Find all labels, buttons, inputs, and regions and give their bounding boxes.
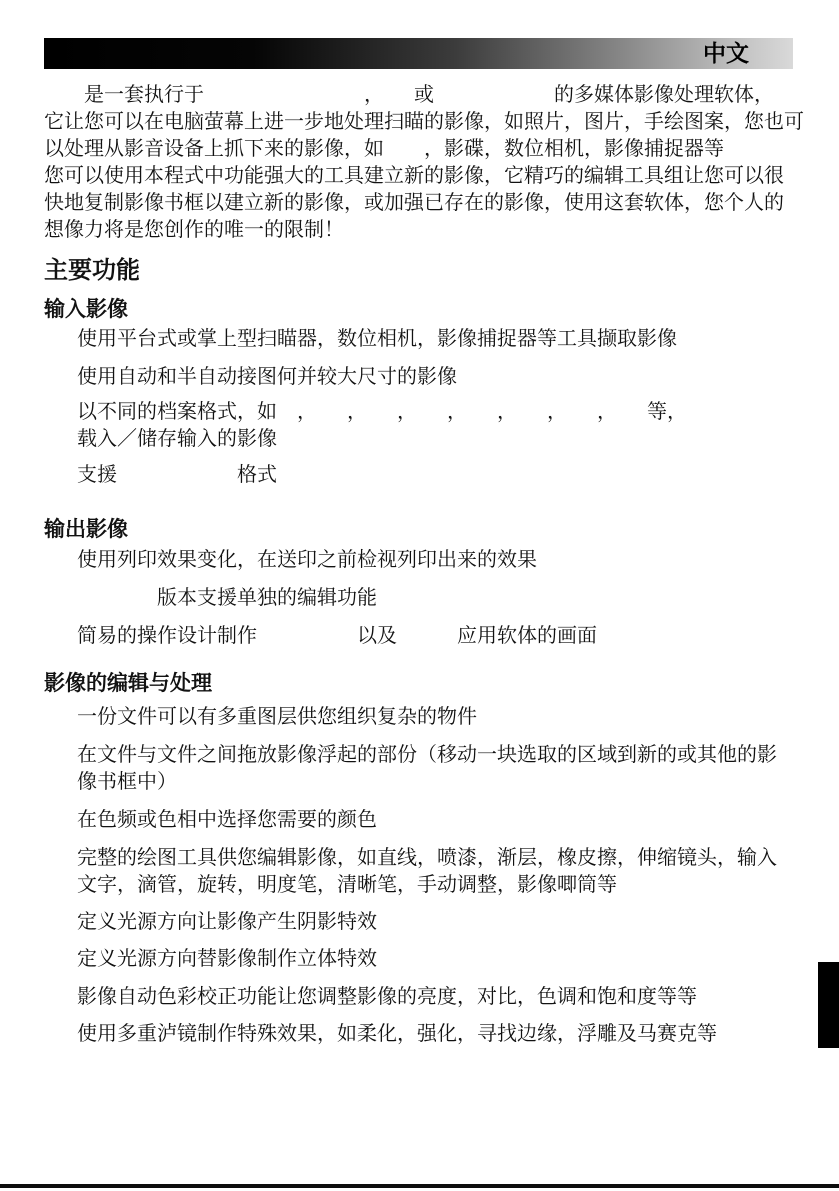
- section-heading-edit: 影像的编辑与处理: [44, 670, 796, 697]
- page-edge-index-tab: [818, 962, 839, 1048]
- intro-line: 以处理从影音设备上抓下来的影像，如 ，影碟，数位相机，影像捕捉器等: [44, 136, 796, 163]
- section-heading-input: 输入影像: [44, 296, 796, 323]
- bullet-line: 支援 格式: [44, 462, 796, 489]
- bullet-line: 定义光源方向让影像产生阴影特效: [44, 909, 796, 936]
- bottom-rule: [0, 1184, 839, 1188]
- intro-line: 它让您可以在电脑萤幕上进一步地处理扫瞄的影像，如照片，图片，手绘图案，您也可: [44, 109, 796, 136]
- bullet-line: 简易的操作设计制作 以及 应用软体的画面: [44, 623, 796, 650]
- intro-line: 您可以使用本程式中功能强大的工具建立新的影像，它精巧的编辑工具组让您可以很: [44, 163, 796, 190]
- page-content: 是一套执行于 ， 或 的多媒体影像处理软体， 它让您可以在电脑萤幕上进一步地处理…: [44, 0, 796, 1048]
- bullet-line: 使用多重泸镜制作特殊效果，如柔化，强化，寻找边缘，浮雕及马赛克等: [44, 1021, 796, 1048]
- bullet-line: 定义光源方向替影像制作立体特效: [44, 946, 796, 973]
- bullet-line: 在色频或色相中选择您需要的颜色: [44, 807, 796, 834]
- bullet-line: 一份文件可以有多重图层供您组织复杂的物件: [44, 704, 796, 731]
- intro-line: 想像力将是您创作的唯一的限制！: [44, 217, 796, 244]
- bullet-line: 以不同的档案格式，如 ， ， ， ， ， ， ， 等，: [44, 399, 796, 426]
- bullet-line: 文字，滴管，旋转，明度笔，清晰笔，手动调整，影像唧筒等: [44, 872, 796, 899]
- intro-line: 是一套执行于 ， 或 的多媒体影像处理软体，: [44, 82, 796, 109]
- intro-paragraph: 是一套执行于 ， 或 的多媒体影像处理软体， 它让您可以在电脑萤幕上进一步地处理…: [44, 82, 796, 244]
- document-page: 中文 是一套执行于 ， 或 的多媒体影像处理软体， 它让您可以在电脑萤幕上进一步…: [0, 0, 839, 1191]
- bullet-line: 在文件与文件之间拖放影像浮起的部份（移动一块选取的区域到新的或其他的影: [44, 742, 796, 769]
- bullet-line: 使用列印效果变化，在送印之前检视列印出来的效果: [44, 547, 796, 574]
- edit-section: 一份文件可以有多重图层供您组织复杂的物件 在文件与文件之间拖放影像浮起的部份（移…: [44, 704, 796, 1048]
- bullet-line: 完整的绘图工具供您编辑影像，如直线，喷漆，渐层，橡皮擦，伸缩镜头，输入: [44, 845, 796, 872]
- bullet-line: 使用平台式或掌上型扫瞄器，数位相机，影像捕捉器等工具撷取影像: [44, 326, 796, 353]
- bullet-line: 像书框中）: [44, 769, 796, 796]
- main-heading: 主要功能: [44, 256, 796, 286]
- bullet-line: 版本支援单独的编辑功能: [44, 585, 796, 612]
- intro-line: 快地复制影像书框以建立新的影像，或加强已存在的影像，使用这套软体，您个人的: [44, 190, 796, 217]
- bullet-line: 使用自动和半自动接图何并较大尺寸的影像: [44, 364, 796, 391]
- bullet-line: 影像自动色彩校正功能让您调整影像的亮度，对比，色调和饱和度等等: [44, 984, 796, 1011]
- output-section: 使用列印效果变化，在送印之前检视列印出来的效果 版本支援单独的编辑功能 简易的操…: [44, 547, 796, 650]
- bullet-line: 载入／储存输入的影像: [44, 426, 796, 453]
- section-heading-output: 输出影像: [44, 516, 796, 543]
- input-section: 使用平台式或掌上型扫瞄器，数位相机，影像捕捉器等工具撷取影像 使用自动和半自动接…: [44, 326, 796, 489]
